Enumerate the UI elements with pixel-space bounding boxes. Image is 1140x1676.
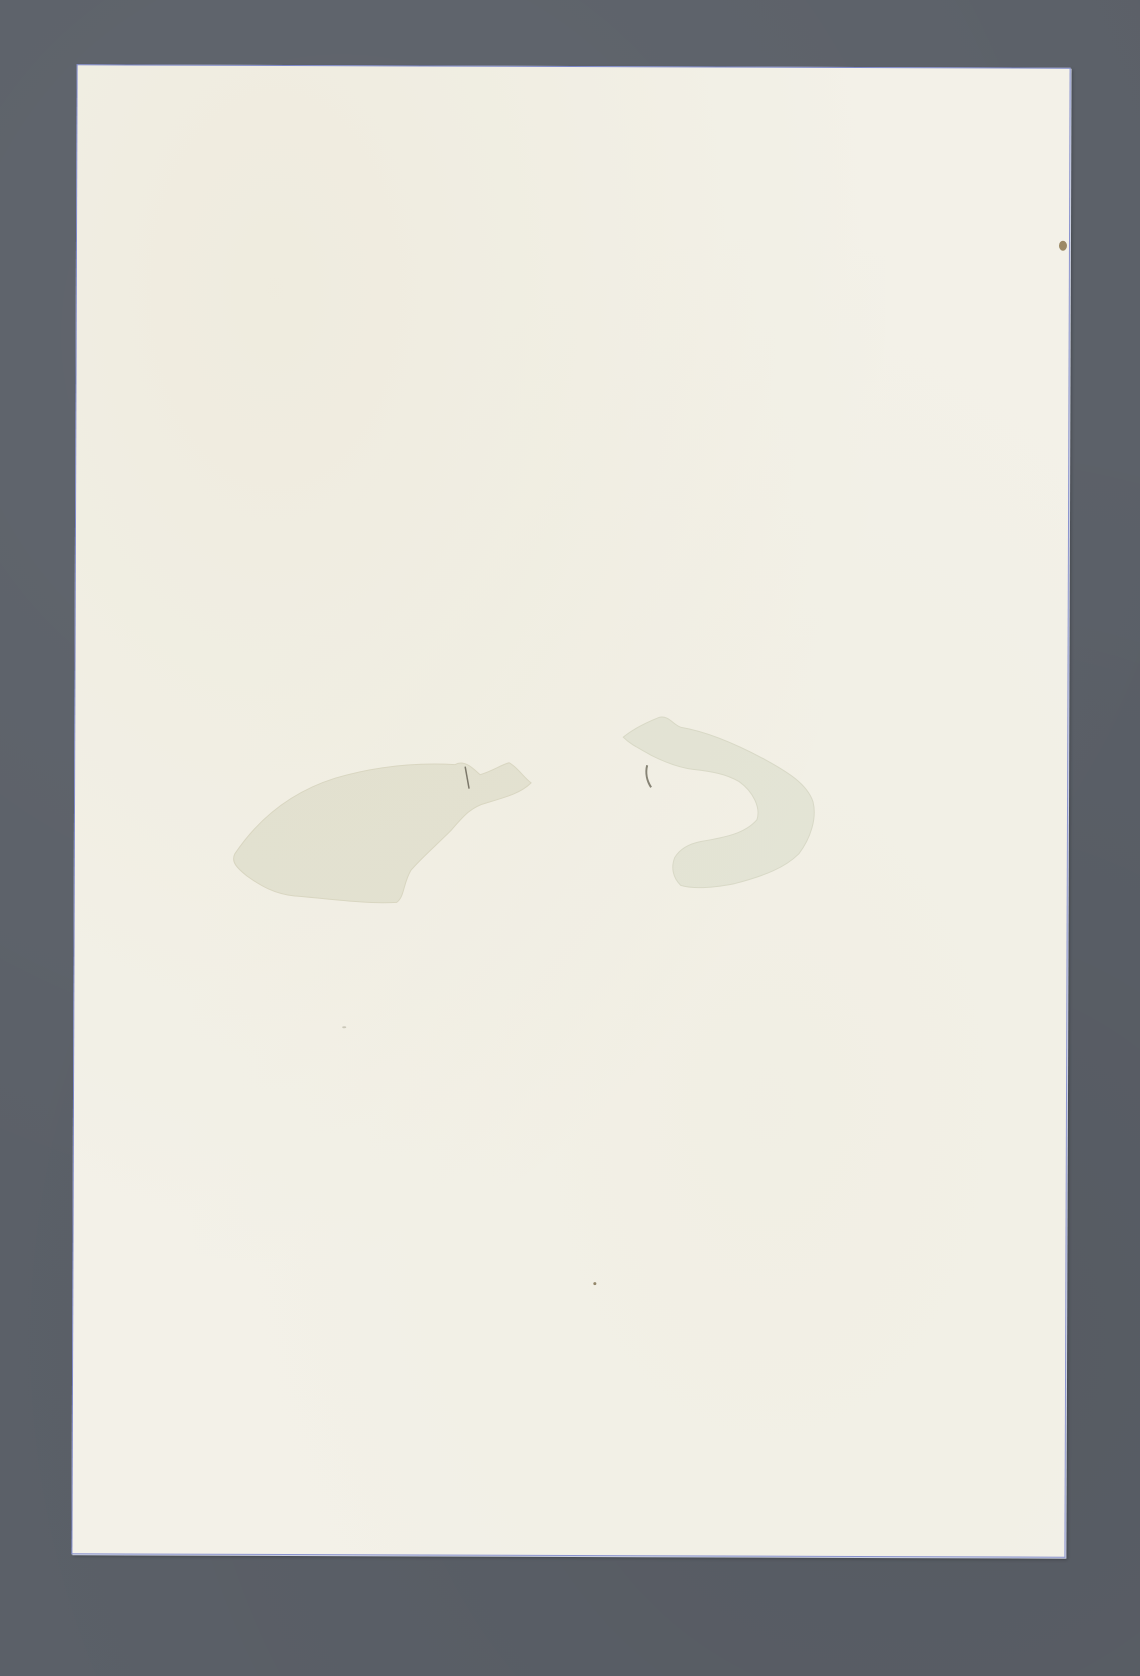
lower-speck [593, 1282, 596, 1285]
paper-card [71, 64, 1070, 1557]
edge-speck [1059, 241, 1067, 251]
faint-mark [342, 1026, 346, 1028]
left-glue-stain [225, 736, 546, 907]
right-glue-stain [615, 707, 846, 908]
